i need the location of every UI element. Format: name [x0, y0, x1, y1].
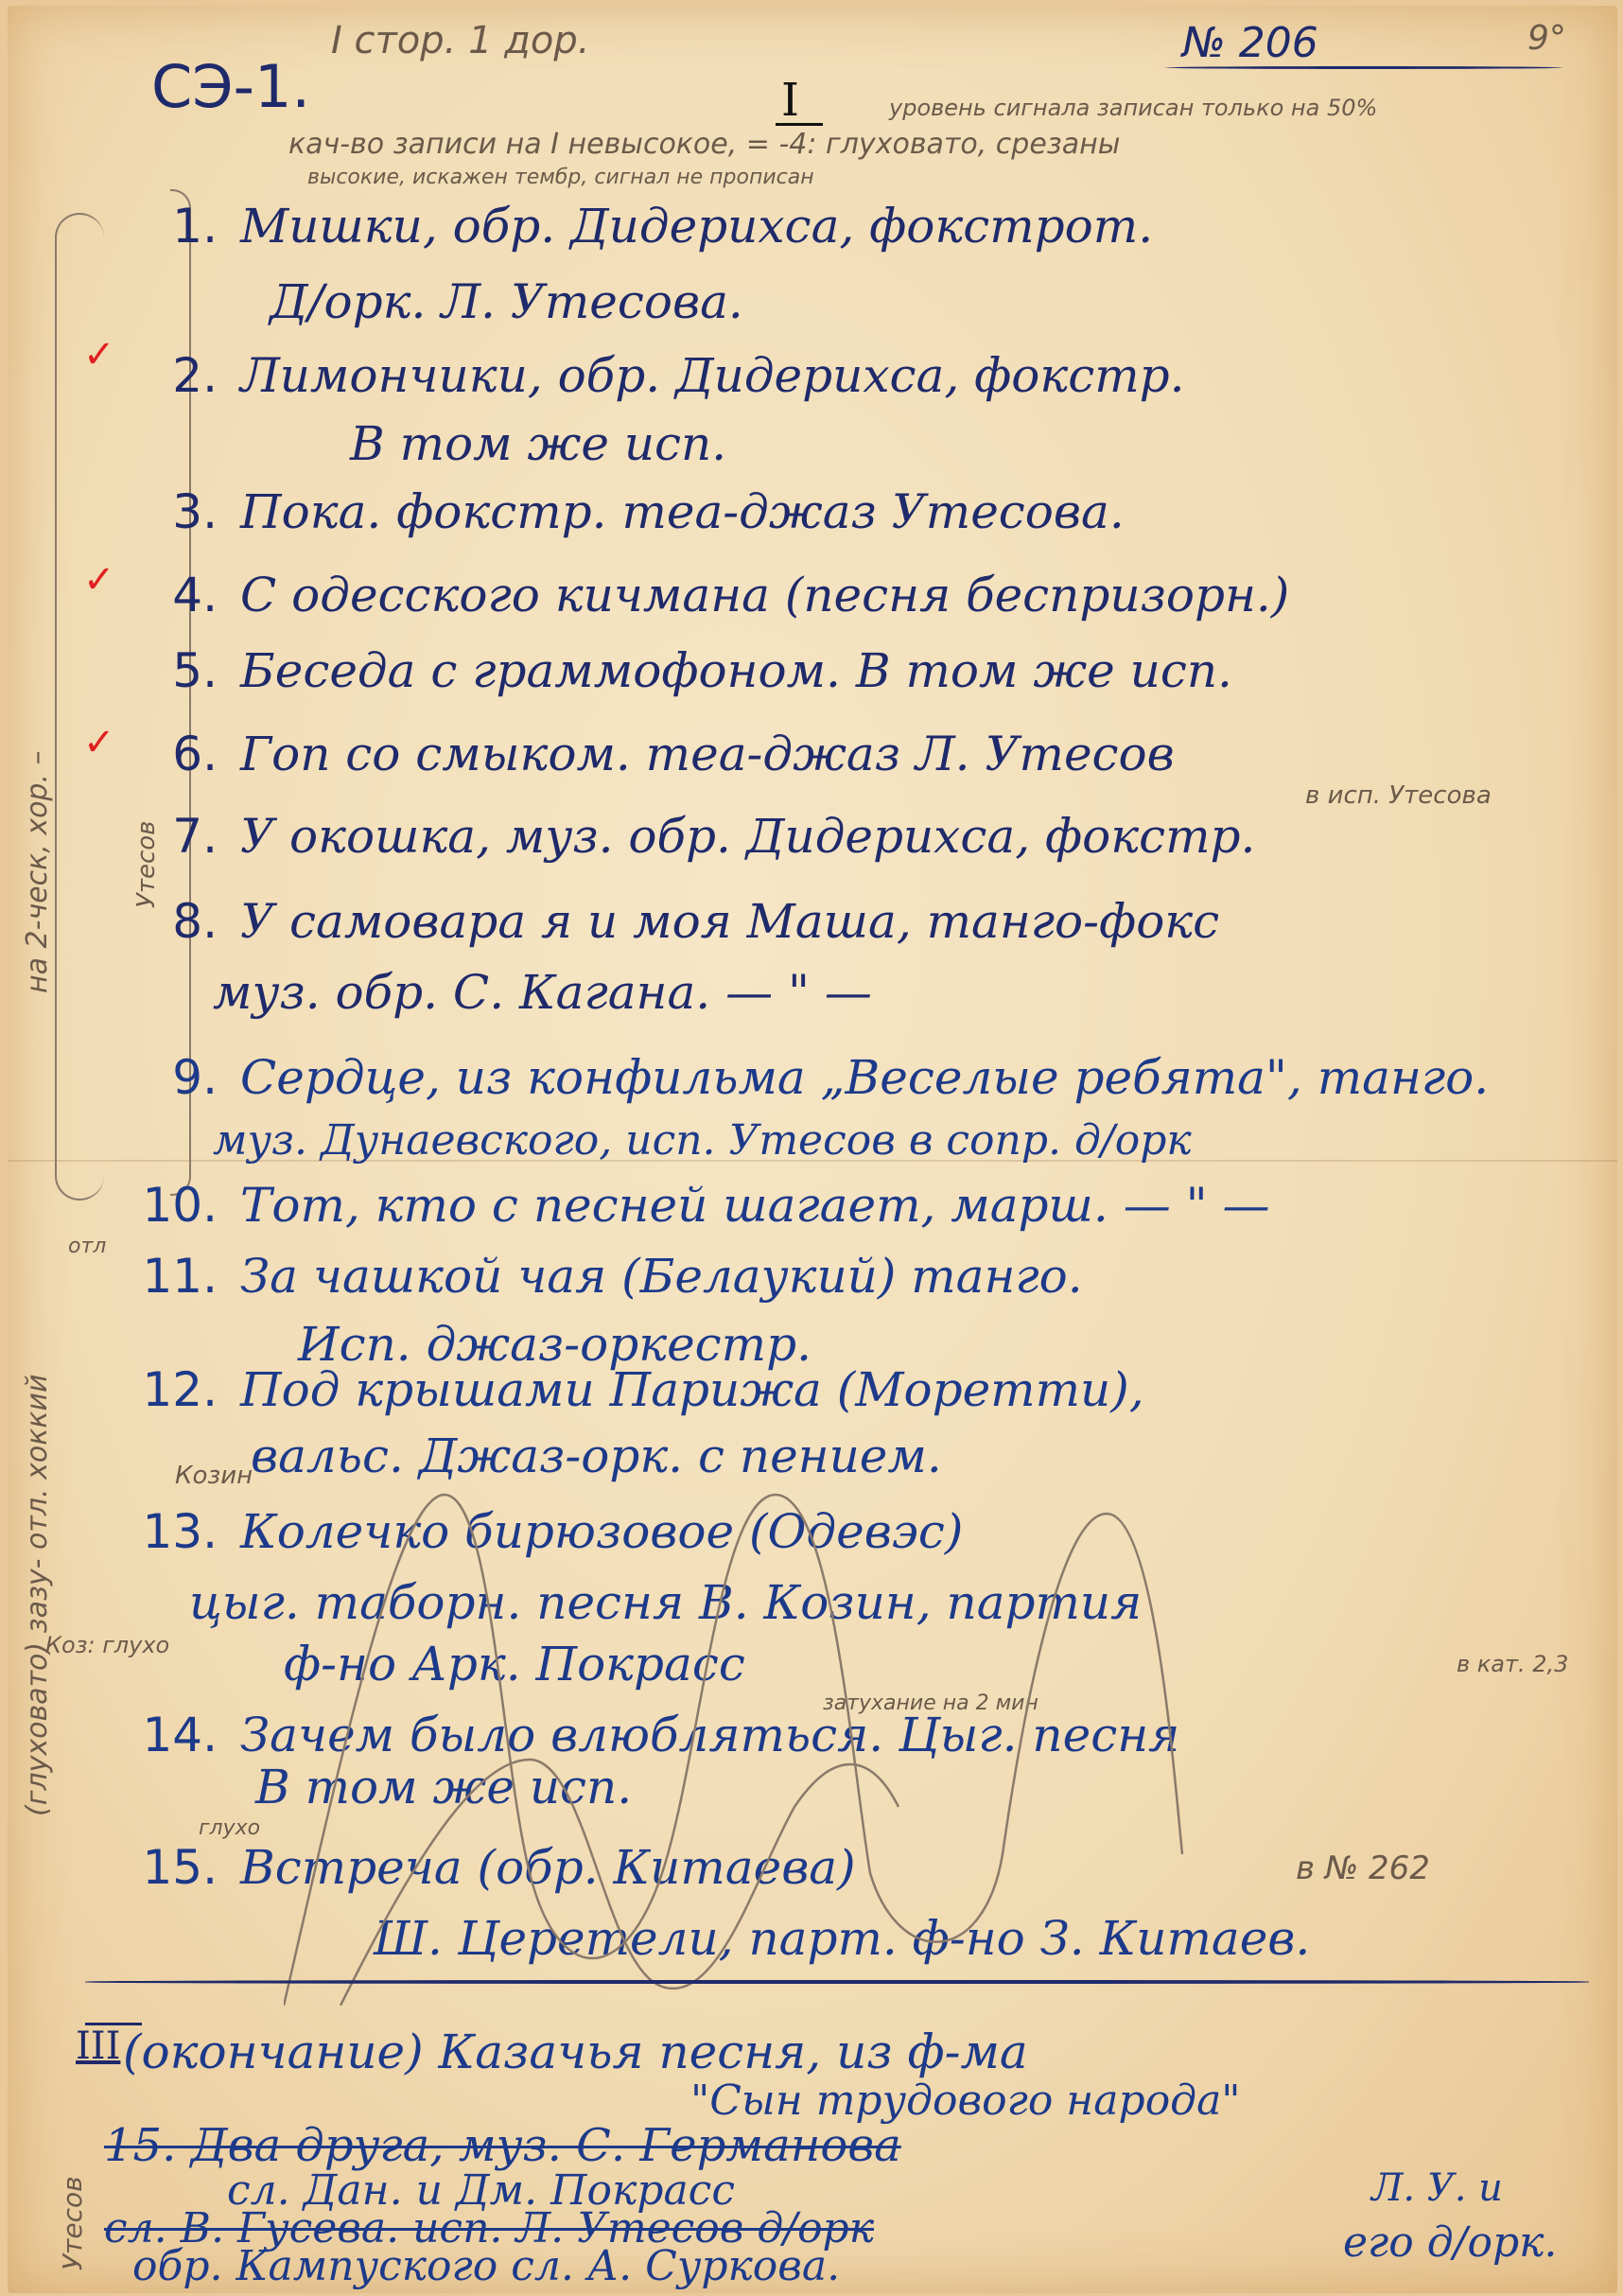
entry-5: 5.Беседа с граммофоном. В том же исп. [123, 643, 1232, 698]
entry-4: 4.С одесского кичмана (песня беспризорн.… [123, 568, 1289, 622]
entry-2-cont: В том же исп. [350, 416, 726, 471]
vertical-note-quality: (глуховато) зазу- отл. хоккий [21, 1375, 54, 1816]
checkmark-icon: ✓ [83, 721, 115, 764]
section-three-line-6: обр. Кампуского сл. А. Суркова. [132, 2242, 840, 2290]
entry-8: 8.У самовара я и моя Маша, танго-фокс [123, 894, 1219, 949]
section-one-mark: I [781, 74, 799, 127]
quality-note: кач-во записи на I невысокое, = -4: глух… [288, 128, 1120, 161]
entry-1-cont: Д/орк. Л. Утесова. [270, 274, 743, 329]
section-three-line-1: (окончание) Казачья песня, из ф-ма [123, 2024, 1028, 2079]
checkmark-icon: ✓ [83, 558, 115, 602]
note-kozin: Козин [175, 1462, 253, 1490]
note-glukho: глухо [199, 1816, 260, 1840]
section-three-line-2: "Сын трудового народа" [690, 2077, 1241, 2125]
number-underline [1165, 66, 1562, 69]
entry-6: 6.Гоп со смыком. теа-джаз Л. Утесов [123, 727, 1175, 781]
section-one-underline [776, 123, 823, 126]
entry-2: 2.Лимончики, обр. Дидерихса, фокстр. [123, 348, 1185, 403]
section-three-mark: III [76, 2024, 120, 2068]
entry-9-cont: муз. Дунаевского, исп. Утесов в сопр. д/… [213, 1116, 1192, 1165]
entry-9: 9.Сердце, из конфильма „Веселые ребята",… [123, 1050, 1489, 1105]
level-note: уровень сигнала записан только на 50% [889, 95, 1377, 121]
entry-3: 3.Пока. фокстр. теа-джаз Утесова. [123, 484, 1125, 539]
section-three-line-4-note: Л. У. и [1371, 2166, 1503, 2210]
record-number: № 206 [1182, 19, 1318, 67]
quality-note-2: высокие, искажен тембр, сигнал не пропис… [307, 166, 814, 189]
page-mark: 9° [1527, 19, 1566, 58]
vertical-note-chorus: на 2-ческ, хор. – [21, 750, 54, 993]
note-otl: отл [68, 1235, 106, 1258]
section-divider [85, 1980, 1589, 1984]
section-three-struck-line: 15. Два друга, муз. С. Германова [104, 2119, 901, 2172]
note-koz-glukho: Коз: глухо [45, 1632, 169, 1658]
section-three-line-6-note: его д/орк. [1343, 2218, 1557, 2267]
entry-7: 7.У окошка, муз. обр. Дидерихса, фокстр. [123, 809, 1255, 864]
entry-7-note: в исп. Утесова [1305, 781, 1492, 810]
entry-8-cont: муз. обр. С. Кагана. — " — [213, 965, 872, 1020]
vertical-note-utesov: Утесов [57, 2176, 88, 2270]
document-code: СЭ-1. [151, 52, 310, 121]
entry-1: 1.Мишки, обр. Дидерихса, фокстрот. [123, 199, 1153, 254]
entry-12: 12.Под крышами Парижа (Моретти), [123, 1362, 1144, 1417]
entry-11: 11.За чашкой чая (Белаукий) танго. [123, 1249, 1083, 1304]
checkmark-icon: ✓ [83, 333, 115, 377]
pencil-wave-scribble [284, 1476, 1608, 2006]
entry-10: 10.Тот, кто с песней шагает, марш. — " — [123, 1178, 1269, 1233]
side-note: I стор. 1 дор. [331, 19, 590, 62]
